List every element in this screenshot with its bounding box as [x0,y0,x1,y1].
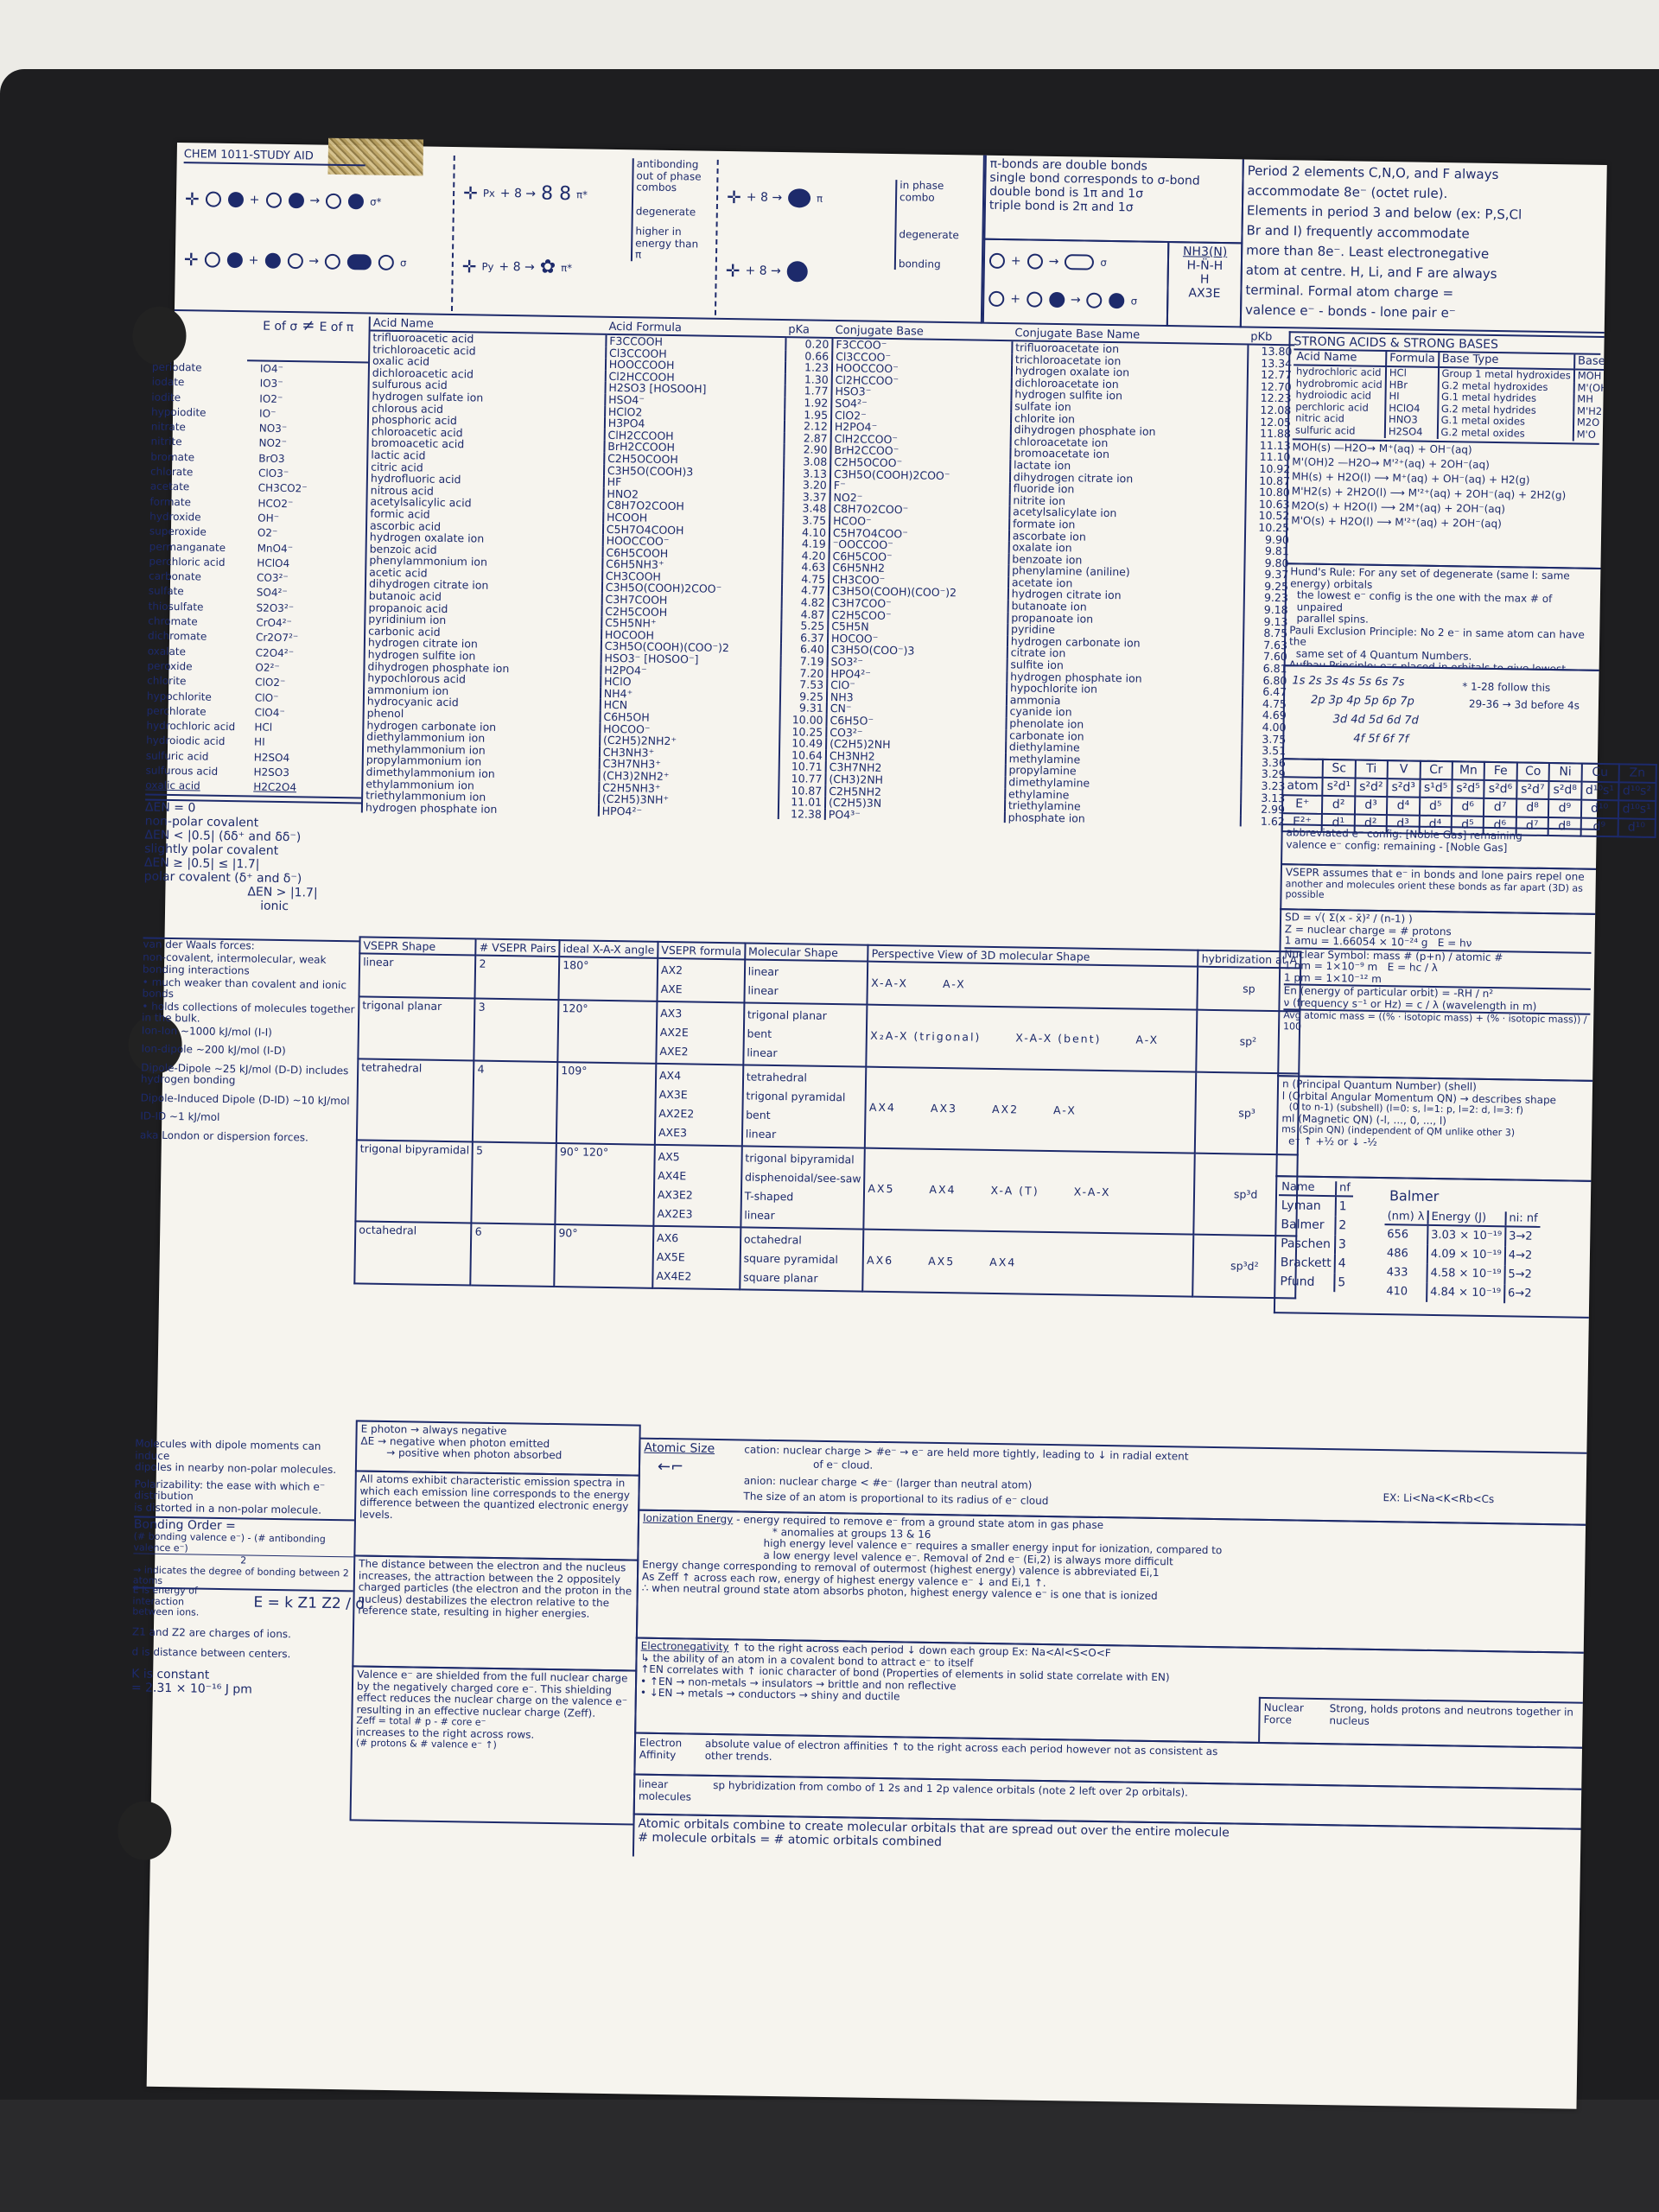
molecular-shapes: tetrahedraltrigonal pyramidalbentlinear [742,1065,867,1147]
col-formula: VSEPR formula [658,942,745,960]
orbital-diagrams: ✛+→σ* ✛+→σ ✛Px+ 8 → 8 8π* ✛Py+ 8 → ✿π* a… [175,143,985,324]
col-pka: pKa [785,323,833,338]
ion-formula: ClO4⁻ [255,705,285,721]
ion-name: formate [149,494,257,511]
tm-config: s²d⁷ [1516,780,1549,799]
ion-name: iodate [152,375,260,391]
vsepr-shape: octahedral [354,1221,472,1285]
tm-config: d¹⁰ [1580,800,1618,819]
van-der-waals: van der Waals forces:non-covalent, inter… [140,937,359,1151]
acid-cell: 2.12 [784,420,831,432]
tm-config: d¹⁰s² [1618,782,1656,801]
e-pi: E of π [319,321,353,335]
vsepr-pairs: 2 [475,956,560,1001]
sigma-star-label: σ* [370,195,381,209]
acid-cell: 7.19 [780,655,828,667]
perspective-view: X-A-X [871,976,908,990]
molecular-shapes: trigonal planarbentlinear [743,1002,868,1066]
bonding-notes: in phase combo degenerate bonding [894,180,969,270]
acid-table: Acid Name Acid Formula pKa Conjugate Bas… [361,317,1295,828]
ion-formula: BrO3 [258,451,285,467]
s-orbital-overlap: +→σ +→σ [982,238,1170,327]
col-transition: ni: nf [1505,1211,1540,1227]
acid-cell: phosphate ion [1005,811,1241,827]
molecular-shape: trigonal bipyramidal [745,1148,861,1169]
balmer-cell: 4.58 × 10⁻¹⁹ [1427,1264,1504,1284]
col-nf: nf [1336,1181,1353,1196]
series-cell: 4 [1334,1254,1351,1273]
vsepr-row: trigonal bipyramidal590° 120°AX5AX4EAX3E… [355,1140,1297,1236]
balmer-cell: 6→2 [1504,1284,1540,1304]
vsepr-formula: AXE2 [659,1042,740,1062]
nh3-formula: AX3E [1172,286,1236,301]
table-row: 4334.58 × 10⁻¹⁹5→2 [1383,1263,1539,1285]
electron-rules: Hund's Rule: For any set of degenerate (… [1284,563,1601,671]
vsepr-formula: AX3E [659,1085,740,1105]
balmer-cell: 486 [1384,1244,1427,1264]
k-value: = 2.31 × 10⁻¹⁶ J pm [131,1681,352,1698]
perspective-view: AX3 [931,1102,957,1115]
note: bonding [899,258,968,271]
strong-cell: H2SO4 [1385,426,1438,439]
tm-config: s²d² [1355,779,1388,798]
vsepr-formula: AX3E2 [658,1185,738,1205]
coulomb-formula: E = k Z1 Z2 / d [253,1596,365,1611]
ion-name: oxalic acid [145,779,253,795]
series-cell: 2 [1335,1216,1352,1235]
tm-element: Sc [1323,760,1356,779]
perspective-views: AX6AX5AX4 [863,1230,1194,1297]
ion-name: nitrate [151,420,259,436]
vsepr-angle: 109° [556,1062,656,1145]
aufbau-diagram: 1s 2s 3s 4s 5s 6s 7s 2p 3p 4p 5p 6p 7p 3… [1282,664,1599,765]
tm-config: s¹d⁵ [1420,779,1452,798]
study-sheet: CHEM 1011-STUDY AID ✛+→σ* ✛+→σ ✛Px+ 8 → … [147,143,1607,2109]
perspective-view: X₂A-X (trigonal) [870,1029,981,1044]
tm-config: d² [1322,796,1355,815]
vdw-line: Ion-Ion ~1000 kJ/mol (I-I) [142,1025,358,1039]
tm-config: d⁶ [1452,798,1484,817]
energy-label: E is energy of interaction between ions. [132,1585,211,1618]
acid-cell: 4.82 [781,596,829,608]
vsepr-formula: AXE3 [658,1123,739,1143]
col-pairs: # VSEPR Pairs [476,939,560,957]
note: another and molecules orient these bonds… [1285,879,1592,906]
dipole-note: Molecules with dipole moments can induce… [134,1438,355,1516]
tm-element: Ti [1355,760,1388,779]
series-cell: 1 [1335,1196,1352,1216]
col-strong-formula: Formula [1386,352,1439,367]
note: The size of an atom is proportional to i… [743,1491,1048,1507]
energy-compare: E of σ ≠ E of π [247,316,369,363]
note: d is distance between centers. [131,1646,352,1662]
ion-formula: IO⁻ [259,406,276,422]
molecular-shape: bent [746,1105,862,1126]
px-label: Px [483,186,495,200]
arrow-left-icon: ←⌐ [658,1460,683,1474]
ion-formula: HCO2⁻ [257,496,293,512]
molecular-shape: linear [746,1124,862,1145]
py-label: Py [481,259,493,273]
tm-config: d⁹ [1548,799,1581,818]
vsepr-formula: AX2E2 [658,1104,739,1124]
strong-cell: M'O [1573,429,1605,442]
perspective-view: AX5 [868,1182,894,1195]
vsepr-pairs: 3 [474,999,559,1063]
acid-cell: 10.77 [779,772,826,785]
ion-formula: CrO4²⁻ [256,616,292,632]
acid-cell: C3H5O(COOH)2COO⁻ [830,467,1010,482]
ion-name: hypoiodite [151,404,259,421]
ion-formula: O2²⁻ [255,660,280,676]
ion-name: hydroiodic acid [146,734,254,750]
emission-spectra: All atoms exhibit characteristic emissio… [353,1470,640,1560]
atomic-size-example: EX: Li<Na<K<Rb<Cs [1382,1492,1494,1506]
note: degenerate [899,229,968,242]
vsepr-formulas: AX2AXE [657,958,745,1003]
acid-cell: 3.75 [783,514,830,526]
col-hybridization: hybridization at A [1198,950,1301,969]
perspective-view: AX2 [992,1103,1019,1116]
vsepr-row: tetrahedral4109°AX4AX3EAX2E2AXE3tetrahed… [357,1058,1299,1154]
acid-cell: 10.92 [1246,462,1294,474]
ion-name: dichromate [148,629,256,645]
perspective-view: A-X [1053,1103,1077,1116]
acid-cell: 10.25 [1245,521,1293,533]
ion-formula: HCl [254,721,272,736]
punch-hole [132,306,187,365]
antibonding-notes: antibonding out of phase combos degenera… [631,158,706,262]
pi-star-label-2: π* [561,260,572,274]
ion-formula: H2SO4 [254,750,290,766]
e-sigma: E of σ [263,320,297,334]
note: All atoms exhibit characteristic emissio… [359,1474,635,1525]
tm-row-label: atom [1282,777,1323,796]
vdw-line: • much weaker than covalent and ionic bo… [142,976,358,1003]
ion-formula: CH3CO2⁻ [258,481,308,497]
vsepr-formula: AXE [660,980,741,1000]
vdw-line: ID-ID ~1 kJ/mol [140,1110,356,1125]
vsepr-pairs: 5 [472,1142,556,1225]
balmer-cell: 656 [1384,1224,1427,1245]
acid-cell: HPO4²⁻ [599,805,779,820]
spectral-series: Namenf Lyman1Balmer2Paschen3Brackett4Pfu… [1274,1175,1591,1319]
perspective-view: A-X [943,977,966,990]
balmer-cell: 3.03 × 10⁻¹⁹ [1427,1225,1505,1246]
ion-name: thiosulfate [148,599,256,615]
strong-acids-bases: STRONG ACIDS & STRONG BASES Acid Name Fo… [1285,331,1604,569]
perspective-views: X-A-XA-X [868,962,1198,1010]
acid-cell: hydrogen phosphate ion [363,801,599,817]
amu-formula: 1 amu = 1.66054 × 10⁻²⁴ g [1285,934,1428,949]
sigma-panel: ✛+→σ* ✛+→σ [183,168,444,294]
ion-formula: HI [254,735,265,750]
col-strong-acid: Acid Name [1294,350,1386,366]
vdw-line: Dipole-Dipole ~25 kJ/mol (D-D) includes … [141,1062,357,1089]
ion-list: periodateIO4⁻iodateIO3⁻ioditeIO2⁻hypoiod… [145,360,368,798]
config-notes: abbreviated e⁻ config: [Noble Gas] remai… [1281,823,1597,870]
note: Valence e⁻ are shielded from the full nu… [356,1669,632,1719]
molecular-shape: linear [744,1205,861,1226]
balmer-cell: 410 [1383,1282,1427,1302]
molecular-shape: T-shaped [744,1186,861,1207]
acid-cell: 0.20 [785,337,833,350]
tm-config: d⁴ [1387,797,1420,816]
ion-name: hydroxide [149,510,257,526]
ion-name: oxalate [148,644,256,660]
ion-name: sulfurous acid [145,764,253,780]
distance-note: The distance between the electron and th… [352,1554,639,1671]
tm-element: Cr [1420,761,1452,780]
ion-formula: HClO4 [257,556,289,571]
perspective-view: X-A-X [1074,1185,1111,1198]
acid-cell: 3.08 [784,455,831,467]
note: higher in energy than π [635,226,705,262]
linear-label: linear molecules [639,1779,699,1803]
tm-config: d⁸ [1516,798,1549,817]
quantum-numbers: n (Principal Quantum Number) (shell) l (… [1275,1075,1592,1182]
nuclear-force-text: Strong, holds protons and neutrons toget… [1329,1703,1580,1731]
ion-name: sulfate [149,584,257,601]
bond-polarity: ΔEN = 0 non-polar covalent ΔEN < |0.5| (… [143,799,361,915]
pi-bonding-panel: ✛+ 8 → π ✛+ 8 → in phase combo degenerat… [715,160,985,320]
formulas: SD = √( Σ(x - x̄)² / (n-1) ) Z = nuclear… [1277,908,1595,1082]
vsepr-formula: AX4E2 [656,1267,736,1287]
tm-element: Fe [1484,762,1517,781]
ion-name: chlorite [147,674,255,690]
molecular-shapes: octahedralsquare pyramidalsquare planar [740,1227,864,1291]
pi-label: π [817,191,823,205]
note: ionic [143,897,359,914]
ion-formula: SO4²⁻ [257,586,288,601]
acid-cell: 1.92 [785,397,832,409]
molecular-shape: trigonal planar [747,1005,864,1026]
note: in phase combo [899,180,969,204]
acid-cell: 11.88 [1246,428,1294,440]
perspective-view: A-X [1135,1033,1159,1046]
ion-formula: NO2⁻ [258,436,287,452]
note: triple bond is 2π and 1σ [989,199,1238,217]
pi-star-label: π* [576,188,588,201]
balmer-cell: 4.09 × 10⁻¹⁹ [1427,1245,1505,1265]
note: The distance between the electron and th… [358,1559,633,1621]
vsepr-shape: trigonal bipyramidal [355,1140,473,1223]
note: Z1 and Z2 are charges of ions. [132,1626,353,1642]
pi-bond-notes: π-bonds are double bonds single bond cor… [983,156,1244,245]
tm-config: d³ [1355,797,1388,816]
ea-label: Electron Affinity [639,1738,700,1762]
ea-text: absolute value of electron affinities ↑ … [705,1738,1241,1770]
strong-cell: sulfuric acid [1293,424,1385,437]
tm-element: Ni [1549,763,1582,782]
vsepr-angle: 120° [558,1000,658,1064]
vsepr-formula: AX5E [657,1248,737,1268]
ion-formula: IO4⁻ [260,362,283,378]
perspective-view: AX4 [929,1183,956,1196]
col-wavelength: (nm) λ [1385,1210,1428,1225]
col-vsepr-shape: VSEPR Shape [359,937,476,955]
vsepr-formula: AX3 [660,1004,741,1024]
ion-formula: Cr2O7²⁻ [256,631,298,646]
base-equations: MOH(s) —H2O→ M⁺(aq) + OH⁻(aq)M'(OH)2 —H2… [1291,438,1599,533]
note: out of phase combos [636,170,705,194]
ehc-formula: E = hc / λ [1388,961,1438,974]
vsepr-formulas: AX6AX5EAX4E2 [652,1226,741,1290]
molecular-shape: linear [747,1043,863,1064]
tm-element: Co [1516,762,1549,781]
molecular-shape: bent [747,1024,863,1045]
balmer-title: Balmer [1389,1189,1439,1204]
vsepr-formulas: AX4AX3EAX2E2AXE3 [655,1064,743,1147]
tm-config: d⁷ [1484,798,1516,817]
pi-antibonding-panel: ✛Px+ 8 → 8 8π* ✛Py+ 8 → ✿π* antibonding … [451,156,715,315]
ion-name: hydrochloric acid [146,719,254,735]
hybridization: sp [1198,967,1300,1012]
tm-corner [1283,759,1324,778]
molecular-shape: trigonal pyramidal [746,1086,862,1107]
ion-formula: NO3⁻ [259,422,288,437]
molecular-shape: octahedral [744,1230,861,1250]
vsepr-angle: 180° [559,957,658,1001]
perspective-view: AX4 [989,1255,1016,1268]
ion-name: acetate [150,480,258,496]
vsepr-pairs: 4 [473,1061,557,1144]
tm-element: Cu [1581,764,1618,783]
balmer-cell: 4→2 [1505,1246,1541,1266]
vsepr-formulas: AX3AX2EAXE2 [656,1001,744,1065]
not-equal: ≠ [302,316,315,334]
col-angle: ideal X-A-X angle [559,940,658,958]
tm-config: d¹⁰ [1618,818,1655,837]
ion-formula: CO3²⁻ [257,571,289,587]
perspective-view: X-A-X (bent) [1015,1031,1101,1046]
balmer-cell: 5→2 [1504,1265,1540,1285]
ion-name: nitrite [150,435,258,451]
acid-cell: 3.20 [783,479,830,491]
ion-name: iodite [151,390,259,406]
vdw-line: • holds collections of molecules togethe… [142,1001,358,1027]
avg-atomic-mass: Avg atomic mass = ((% · isotopic mass) +… [1283,1008,1590,1037]
table-row: 4864.09 × 10⁻¹⁹4→2 [1384,1244,1540,1266]
perspective-view: AX4 [869,1101,896,1114]
ion-name: bromate [150,449,258,466]
tm-element: Mn [1452,761,1485,780]
ion-name: carbonate [149,569,257,586]
note: degenerate [636,206,705,219]
bond-order-numerator: (# bonding valence e⁻) - (# antibonding … [133,1531,353,1557]
ion-name: permanganate [149,539,257,556]
note: is distorted in a non-polar molecule. [134,1502,354,1517]
nuclear-force: Nuclear Force Strong, holds protons and … [1258,1697,1584,1749]
hybridization: sp³ [1195,1072,1299,1155]
ion-name: hypochlorite [147,689,255,705]
table-row: 4104.84 × 10⁻¹⁹6→2 [1383,1282,1539,1304]
tm-element: Zn [1618,764,1656,783]
molecular-shapes: linearlinear [744,959,868,1004]
vsepr-shape: tetrahedral [357,1058,474,1141]
col-base-formula: Base Formula [1574,354,1605,370]
vsepr-formula: AX5 [658,1147,738,1167]
molecular-shape: square pyramidal [743,1249,860,1269]
sigma-label: σ [1131,294,1138,308]
vsepr-formula: AX4E [658,1166,738,1186]
vsepr-shape: trigonal planar [358,996,475,1060]
vsepr-pairs: 6 [471,1224,556,1287]
atomic-size-title: Atomic Size [644,1441,715,1456]
ion-formula: ClO⁻ [255,690,279,706]
punch-hole [118,1801,172,1860]
nuclear-force-label: Nuclear Force [1263,1702,1315,1726]
note: dipoles in nearby non-polar molecules. [135,1461,355,1477]
ion-formula: H2SO3 [253,765,289,780]
nh3-lewis: H-N̈-H [1173,258,1237,273]
hybridization: sp³d² [1193,1235,1297,1299]
ion-formula: OH⁻ [257,511,279,526]
perspective-view: AX6 [867,1254,893,1267]
ion-name: chlorate [150,465,258,481]
vsepr-formula: AX2 [661,961,741,981]
vsepr-table: VSEPR Shape # VSEPR Pairs ideal X-A-X an… [353,936,1279,1299]
vsepr-angle: 90° 120° [556,1143,655,1226]
col-energy: Energy (J) [1427,1211,1505,1226]
molecular-shapes: trigonal bipyramidaldisphenoidal/see-saw… [741,1146,865,1229]
ion-name: sulfuric acid [146,748,254,765]
ionization-title: Ionization Energy [643,1512,734,1526]
ion-formula: IO3⁻ [259,377,283,392]
molecular-shape: tetrahedral [747,1067,863,1088]
ion-formula: IO2⁻ [259,391,283,407]
series-cell: 5 [1334,1273,1351,1292]
perspective-views: X₂A-X (trigonal)X-A-X (bent)A-X [867,1005,1198,1072]
tm-row-label: E⁺ [1282,795,1323,814]
perspective-views: AX5AX4X-A (T)X-A-X [864,1148,1195,1235]
ion-name: periodate [152,360,260,377]
tm-config: s²d¹ [1323,778,1356,797]
ion-formula: O2⁻ [257,526,278,542]
molecular-shape: square planar [743,1268,860,1288]
ion-name: chromate [148,614,256,631]
acid-cell: 12.38 [778,808,825,820]
nh3-h: H [1173,272,1237,287]
perspective-view: X-A (T) [990,1184,1039,1198]
hybridization: sp³d [1194,1154,1298,1236]
vdw-line: Dipole-Induced Dipole (D-ID) ~10 kJ/mol [141,1092,357,1107]
acid-cell: 10.80 [1245,486,1293,499]
aufbau-note-2: 29-36 → 3d before 4s [1469,699,1580,713]
linear-text: sp hybridization from combo of 1 2s and … [713,1780,1197,1799]
ion-name: superoxide [149,524,257,541]
perspective-views: AX4AX3AX2A-X [865,1067,1196,1154]
nh3-label: NH3(N) [1173,245,1237,259]
ionization-energy: Ionization Energy - energy required to r… [636,1510,1586,1654]
table-row: 6563.03 × 10⁻¹⁹3→2 [1384,1224,1540,1247]
hybridization: sp² [1197,1010,1300,1074]
vsepr-formula: AX4 [659,1066,740,1086]
octet-note: Period 2 elements C,N,O, and F always ac… [1240,159,1607,334]
vdw-line: aka London or dispersion forces. [140,1129,356,1144]
balmer-cell: 3→2 [1505,1226,1541,1247]
ion-name: perchlorate [147,703,255,720]
acid-cell: PO4³⁻ [825,809,1005,823]
tm-config: s²d⁵ [1452,779,1484,798]
molecular-shape: disphenoidal/see-saw [745,1167,861,1188]
aufbau-row: 2p 3p 4p 5p 6p 7p [1292,690,1419,711]
tm-element: V [1388,760,1421,779]
molecular-shape: linear [747,981,864,1001]
tm-config: s²d⁶ [1484,780,1517,799]
ion-formula: C2O4²⁻ [256,645,295,661]
ion-formula: H2C2O4 [253,780,296,796]
